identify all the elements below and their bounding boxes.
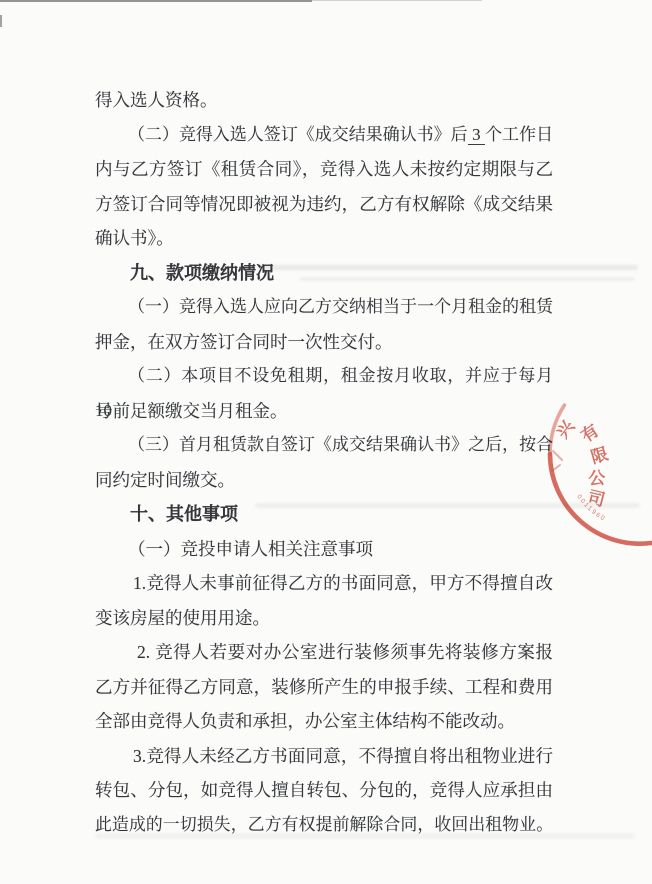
document-line: 同约定时间缴交。	[95, 463, 553, 498]
document-line: 押金，在双方签订合同时一次性交付。	[95, 325, 553, 360]
document-line: 得入选人资格。	[95, 83, 553, 118]
document-line: 全部由竞得人负责和承担，办公室主体结构不能改动。	[95, 704, 553, 739]
document-line: （一）竞投申请人相关注意事项	[95, 532, 553, 567]
document-line: 确认书》。	[95, 221, 553, 256]
document-line: 号前足额缴交当月租金。	[95, 394, 553, 429]
document-body: 得入选人资格。 （二）竞得入选人签订《成交结果确认书》后3个工作日 内与乙方签订…	[95, 83, 553, 842]
document-line: 此造成的一切损失，乙方有权提前解除合同，收回出租物业。	[95, 808, 553, 843]
document-line: 变该房屋的使用用途。	[95, 601, 553, 636]
document-line: （二）本项目不设免租期，租金按月收取，并应于每月 10	[95, 359, 553, 394]
document-line: 转包、分包，如竞得人擅自转包、分包的，竞得人应承担由	[95, 773, 553, 808]
document-line: 方签订合同等情况即被视为违约，乙方有权解除《成交结果	[95, 187, 553, 222]
document-line: 1.竞得人未事前征得乙方的书面同意，甲方不得擅自改	[95, 566, 553, 601]
section-heading-9: 九、款项缴纳情况	[95, 256, 553, 291]
line-text: 个工作日	[485, 125, 553, 144]
document-line: 2. 竞得人若要对办公室进行装修须事先将装修方案报	[95, 635, 553, 670]
document-line: （二）竞得入选人签订《成交结果确认书》后3个工作日	[95, 118, 553, 153]
seal-character: 公	[588, 469, 606, 489]
section-heading-10: 十、其他事项	[95, 497, 553, 532]
scan-artifact-top-edge-faint	[312, 0, 482, 1]
scan-artifact-top-edge	[0, 0, 312, 2]
document-line: （一）竞得入选人应向乙方交纳相当于一个月租金的租赁	[95, 290, 553, 325]
document-line: 内与乙方签订《租赁合同》，竞得入选人未按约定期限与乙	[95, 152, 553, 187]
seal-character: 限	[589, 444, 611, 467]
underlined-number: 3	[468, 125, 485, 145]
scanned-document-page: 得入选人资格。 （二）竞得入选人签订《成交结果确认书》后3个工作日 内与乙方签订…	[0, 0, 652, 884]
scan-artifact-left-edge	[0, 15, 2, 27]
document-line: 3.竞得人未经乙方书面同意，不得擅自将出租物业进行	[95, 739, 553, 774]
line-text: （二）竞得入选人签订《成交结果确认书》后	[128, 125, 468, 144]
document-line: 乙方并征得乙方同意，装修所产生的申报手续、工程和费用	[95, 670, 553, 705]
company-seal-stamp: 兴 有 限 公 司 0011960	[517, 385, 652, 570]
seal-star-tip-icon	[552, 451, 562, 471]
seal-character: 有	[577, 420, 602, 446]
document-line: （三）首月租赁款自签订《成交结果确认书》之后，按合	[95, 428, 553, 463]
